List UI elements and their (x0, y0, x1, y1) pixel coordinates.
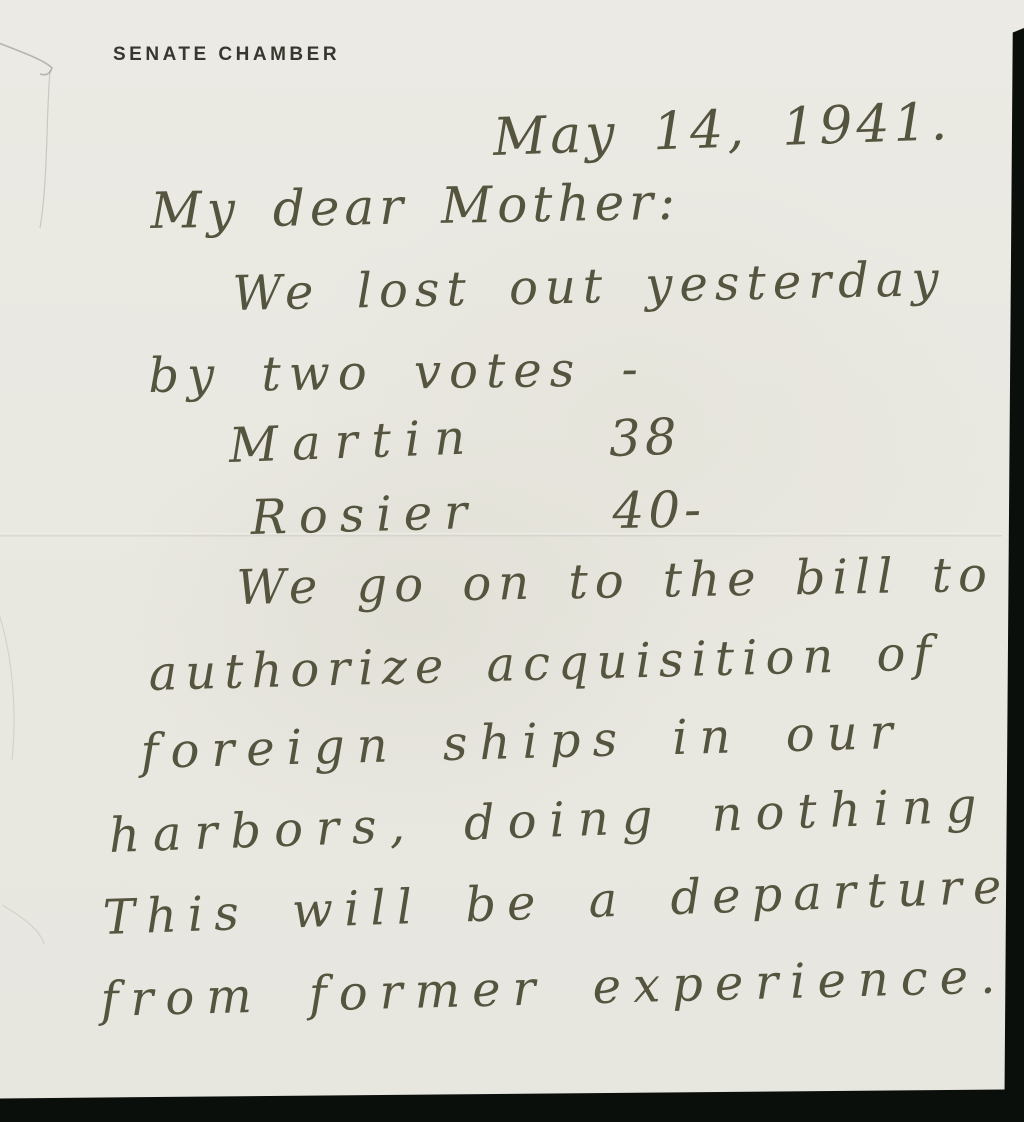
scan-backdrop: SENATE CHAMBER May 14, 1941. My dear Mot… (0, 0, 1024, 1122)
letter-salutation: My dear Mother: (150, 175, 680, 239)
vote-name: Martin (228, 411, 480, 472)
letter-line: foreign ships in our (140, 706, 905, 779)
letter-line: from former experience. (100, 950, 1008, 1027)
letterhead-title: SENATE CHAMBER (113, 44, 340, 66)
letter-line: This will be a departure (102, 860, 1013, 945)
letter-paper: SENATE CHAMBER May 14, 1941. My dear Mot… (0, 0, 1024, 1122)
vote-count: 38 (608, 410, 682, 467)
letter-line: We go on to the bill to (236, 549, 994, 615)
letter-line: harbors, doing nothing (108, 779, 990, 863)
letter-date: May 14, 1941. (492, 94, 952, 167)
fold-crease (0, 533, 1002, 537)
vote-count: 40- (612, 482, 705, 539)
letter-line: authorize acquisition of (148, 627, 940, 700)
letter-line: by two votes - (148, 343, 646, 403)
vote-name: Rosier (250, 486, 480, 545)
letter-line: We lost out yesterday (232, 253, 946, 321)
